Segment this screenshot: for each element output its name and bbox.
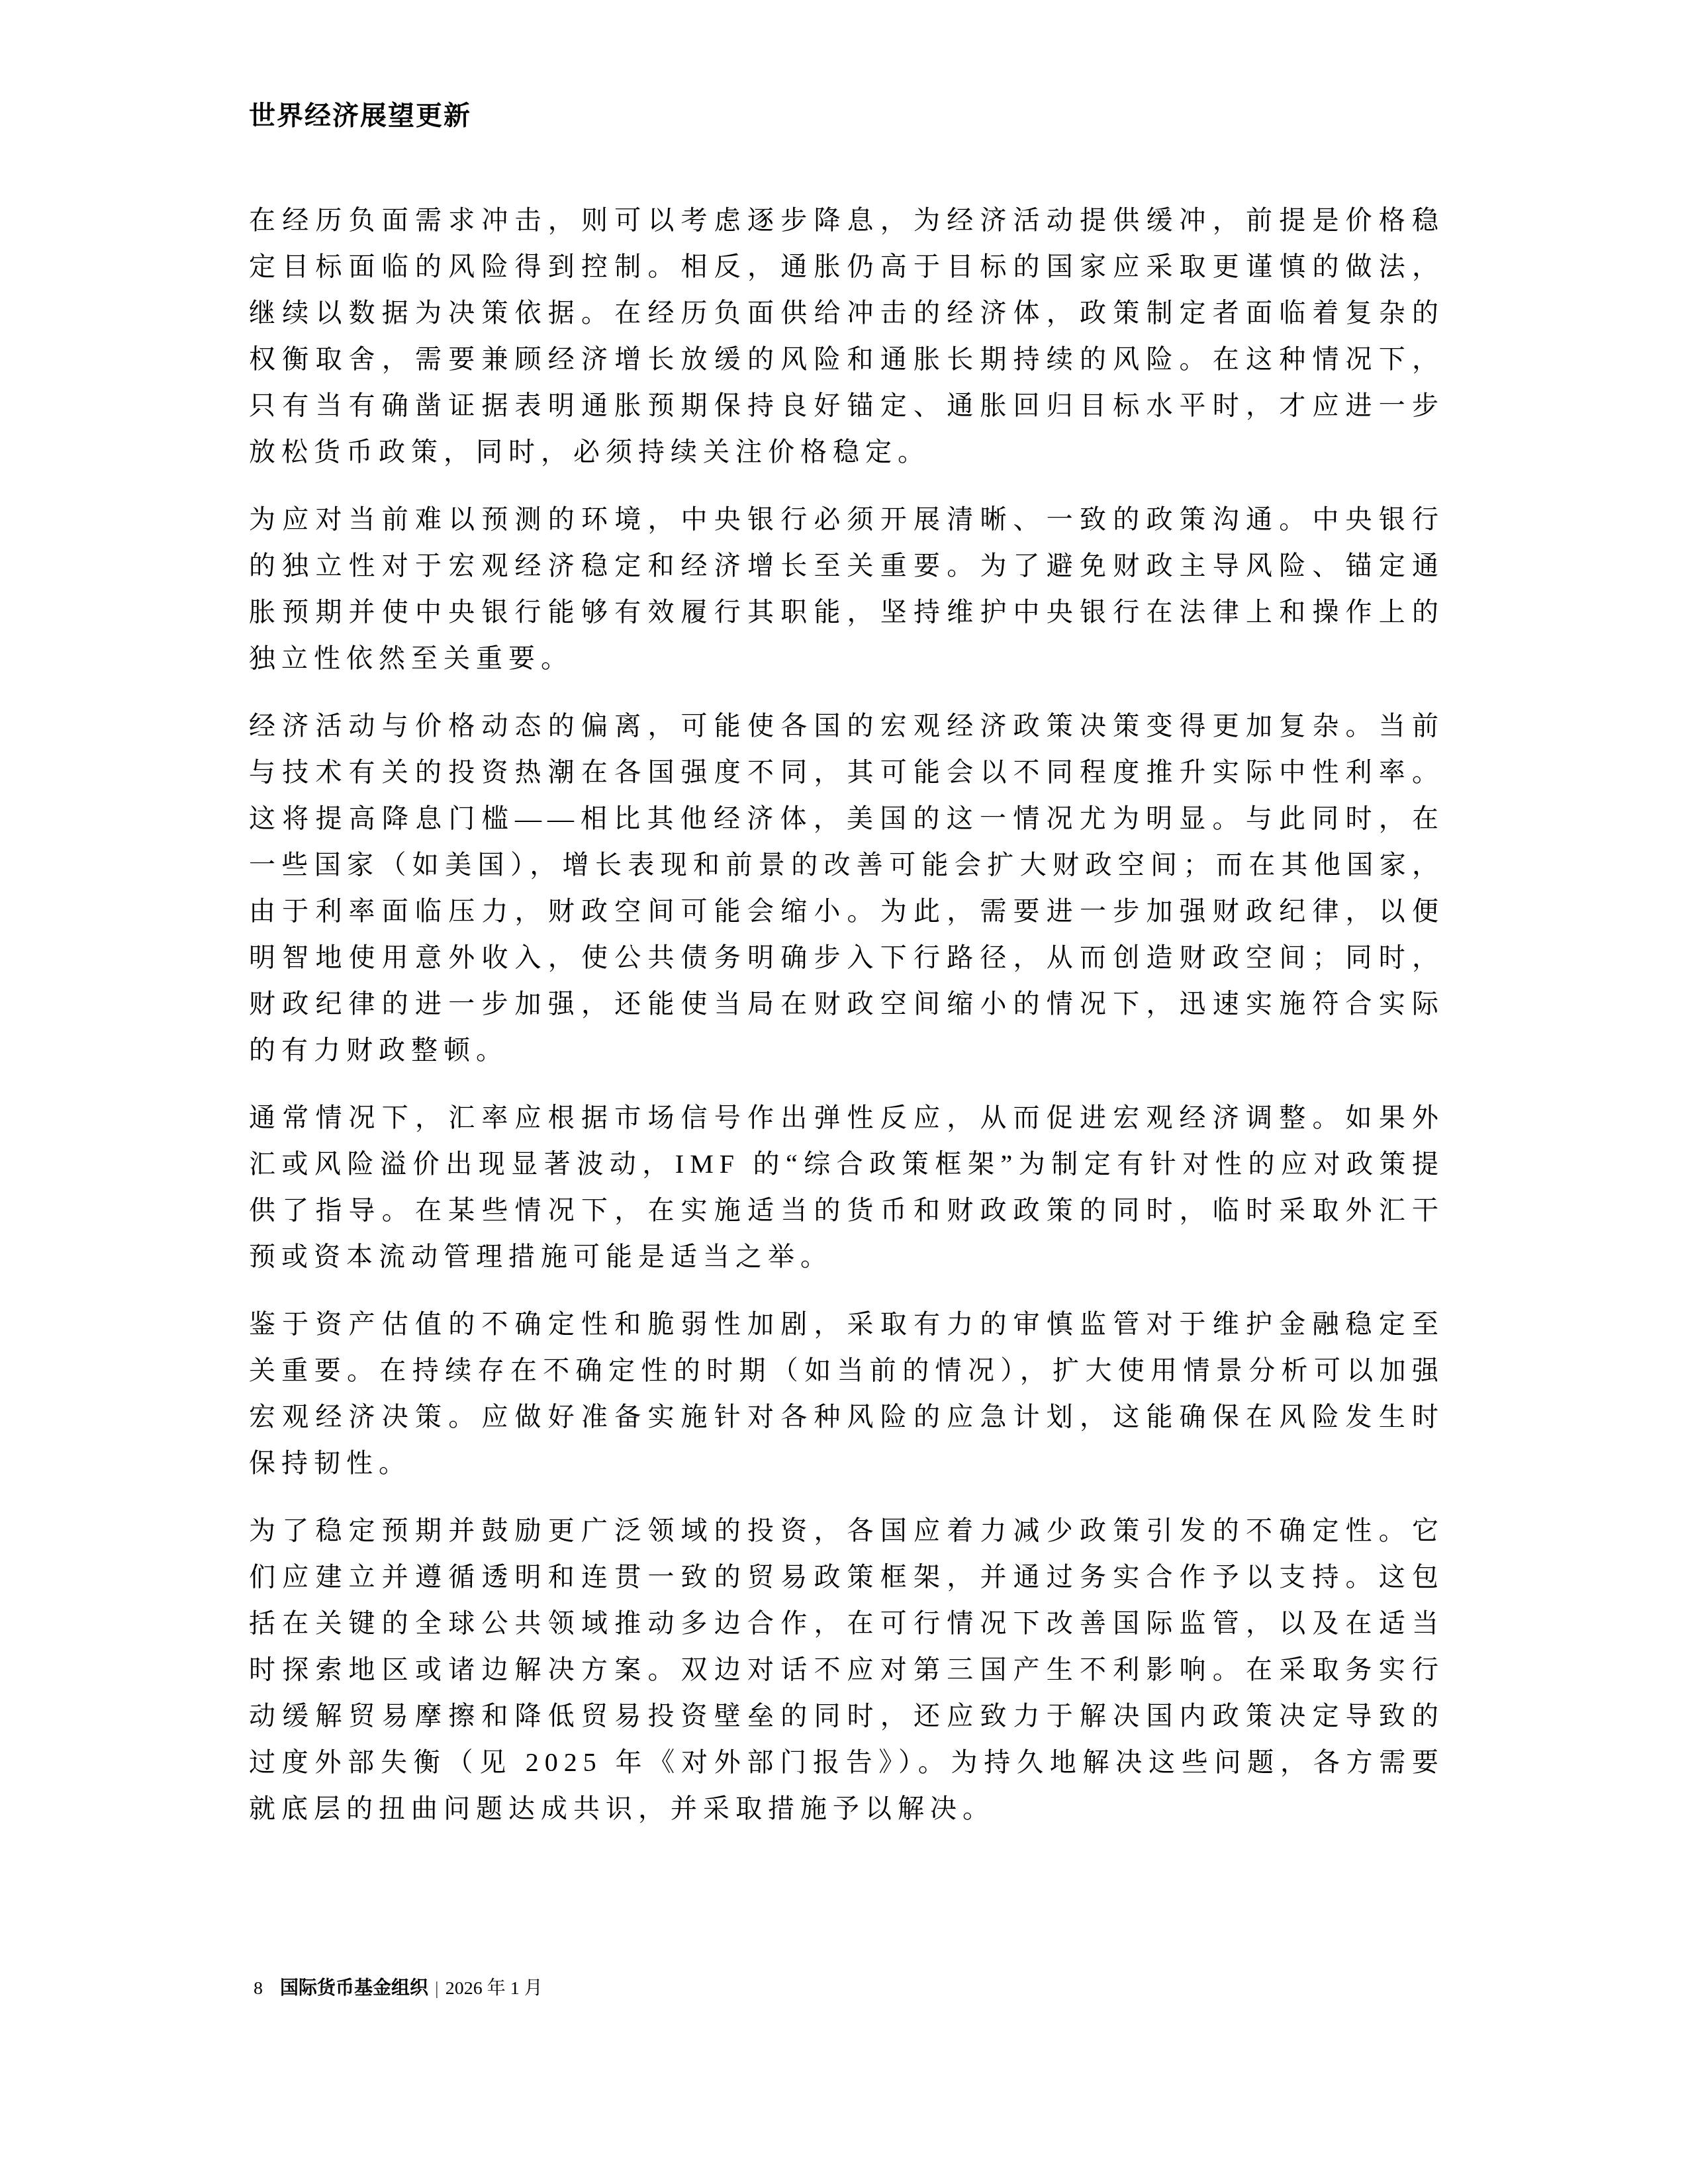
footer-date: 2026 年 1 月 xyxy=(445,1978,543,2000)
paragraph-monetary-policy: 在经历负面需求冲击，则可以考虑逐步降息，为经济活动提供缓冲，前提是价格稳定目标面… xyxy=(249,197,1444,475)
paragraph-trade-policy: 为了稳定预期并鼓励更广泛领域的投资，各国应着力减少政策引发的不确定性。它们应建立… xyxy=(249,1508,1444,1832)
running-header: 世界经济展望更新 xyxy=(249,100,1444,132)
page-number: 8 xyxy=(254,1978,263,2000)
paragraph-prudential-supervision: 鉴于资产估值的不确定性和脆弱性加剧，采取有力的审慎监管对于维护金融稳定至关重要。… xyxy=(249,1301,1444,1486)
document-page: 世界经济展望更新 在经历负面需求冲击，则可以考虑逐步降息，为经济活动提供缓冲，前… xyxy=(0,0,1688,2184)
page-content: 世界经济展望更新 在经历负面需求冲击，则可以考虑逐步降息，为经济活动提供缓冲，前… xyxy=(249,100,1444,1832)
paragraph-exchange-rates: 通常情况下，汇率应根据市场信号作出弹性反应，从而促进宏观经济调整。如果外汇或风险… xyxy=(249,1095,1444,1280)
footer-separator: | xyxy=(435,1978,439,2000)
paragraph-fiscal-space: 经济活动与价格动态的偏离，可能使各国的宏观经济政策决策变得更加复杂。当前与技术有… xyxy=(249,703,1444,1073)
page-footer: 8 国际货币基金组织 | 2026 年 1 月 xyxy=(254,1978,543,2000)
paragraph-central-bank-independence: 为应对当前难以预测的环境，中央银行必须开展清晰、一致的政策沟通。中央银行的独立性… xyxy=(249,496,1444,682)
footer-publisher: 国际货币基金组织 xyxy=(280,1978,428,2000)
